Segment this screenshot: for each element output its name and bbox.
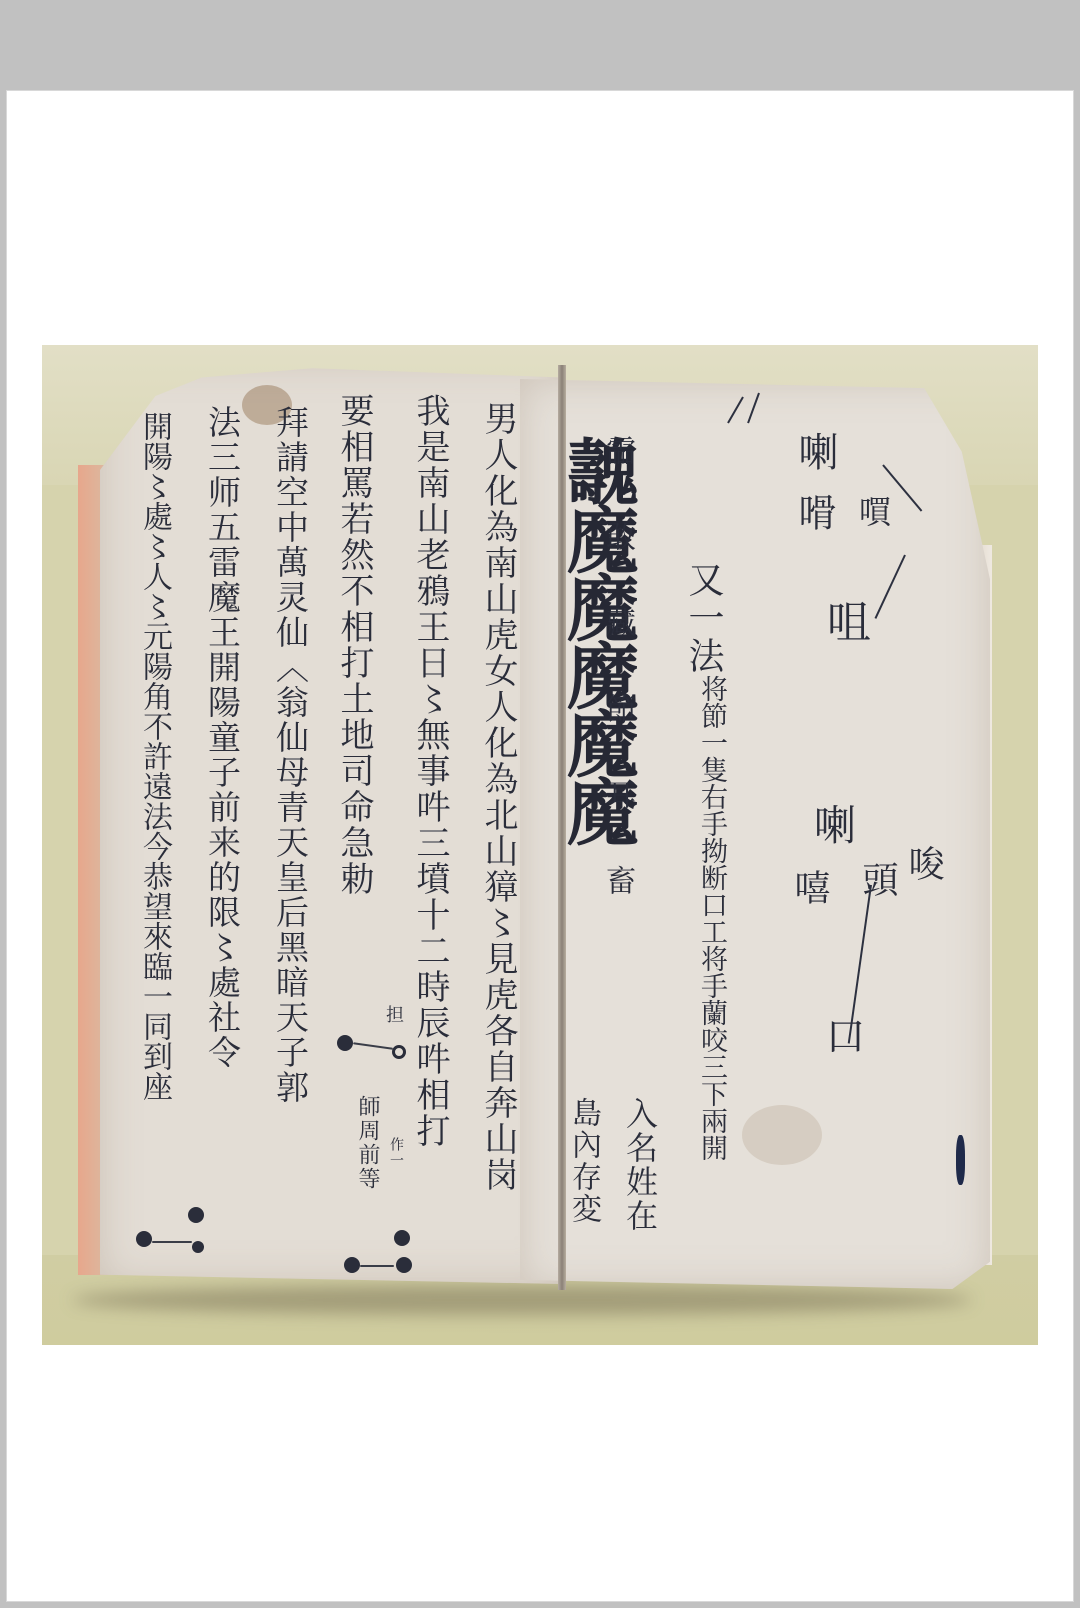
corner-note-5: 咀 <box>812 599 876 645</box>
dot-marker <box>192 1241 204 1253</box>
corner-note-4: 嘪 <box>850 495 896 529</box>
book-shadow <box>72 1285 972 1315</box>
right-col-heading: 又一法 <box>682 561 724 675</box>
left-col-4: 拜請空中萬灵仙〈翁仙母青天皇后黑暗天子郭 <box>270 405 310 1105</box>
left-col-1: 男人化為南山虎女人化為北山獐〻見虎各自奔山岗 <box>478 401 518 1193</box>
dot-marker <box>188 1207 204 1223</box>
left-annotation-3: 作一 <box>386 1137 406 1169</box>
ring-marker <box>392 1045 406 1059</box>
right-col-name: 入名姓在 <box>622 1097 658 1233</box>
connector-line <box>360 1265 394 1267</box>
dot-marker <box>344 1257 360 1273</box>
corner-note-3: 嗗 <box>787 493 842 533</box>
left-annotation-2: 師周前等 <box>352 1095 383 1191</box>
left-col-5: 法三师五雷魔王開陽童子前来的限〻處社令 <box>202 405 242 1070</box>
corner-note-9: 唆 <box>898 845 949 883</box>
corner-note-7: 嘻 <box>784 869 835 907</box>
right-col-body: 島內存変 <box>566 1097 600 1225</box>
left-col-6: 開陽〻處〻人〻元陽角不許遠法今恭望來臨一同到座 <box>136 411 172 1101</box>
dot-marker <box>394 1230 410 1246</box>
ink-smudge <box>956 1135 965 1185</box>
dot-marker <box>396 1257 412 1273</box>
left-col-3: 要相罵若然不相打土地司命急勅 <box>334 393 374 897</box>
right-col-instructions: 将節一隻右手拗断口工将手蘭咬三下兩開 <box>696 675 726 1161</box>
left-annotation-1: 担 <box>380 1005 406 1025</box>
corner-note-2: 喇 <box>787 431 844 473</box>
manuscript-photo: 男人化為南山虎女人化為北山獐〻見虎各自奔山岗 我是南山老鴉王日〻無事吽三墳十二時… <box>42 345 1038 1345</box>
corner-note-6: 喇 <box>802 803 862 847</box>
talisman-components: 霝敢藏節耳畜 <box>602 435 632 951</box>
corner-note-10: 口 <box>814 1015 871 1057</box>
water-stain <box>742 1105 822 1165</box>
dot-marker <box>136 1231 152 1247</box>
corner-note-8: 頭 <box>852 861 903 899</box>
left-col-2: 我是南山老鴉王日〻無事吽三墳十二時辰吽相打 <box>410 393 450 1149</box>
connector-line <box>152 1241 192 1243</box>
dot-marker <box>337 1035 353 1051</box>
